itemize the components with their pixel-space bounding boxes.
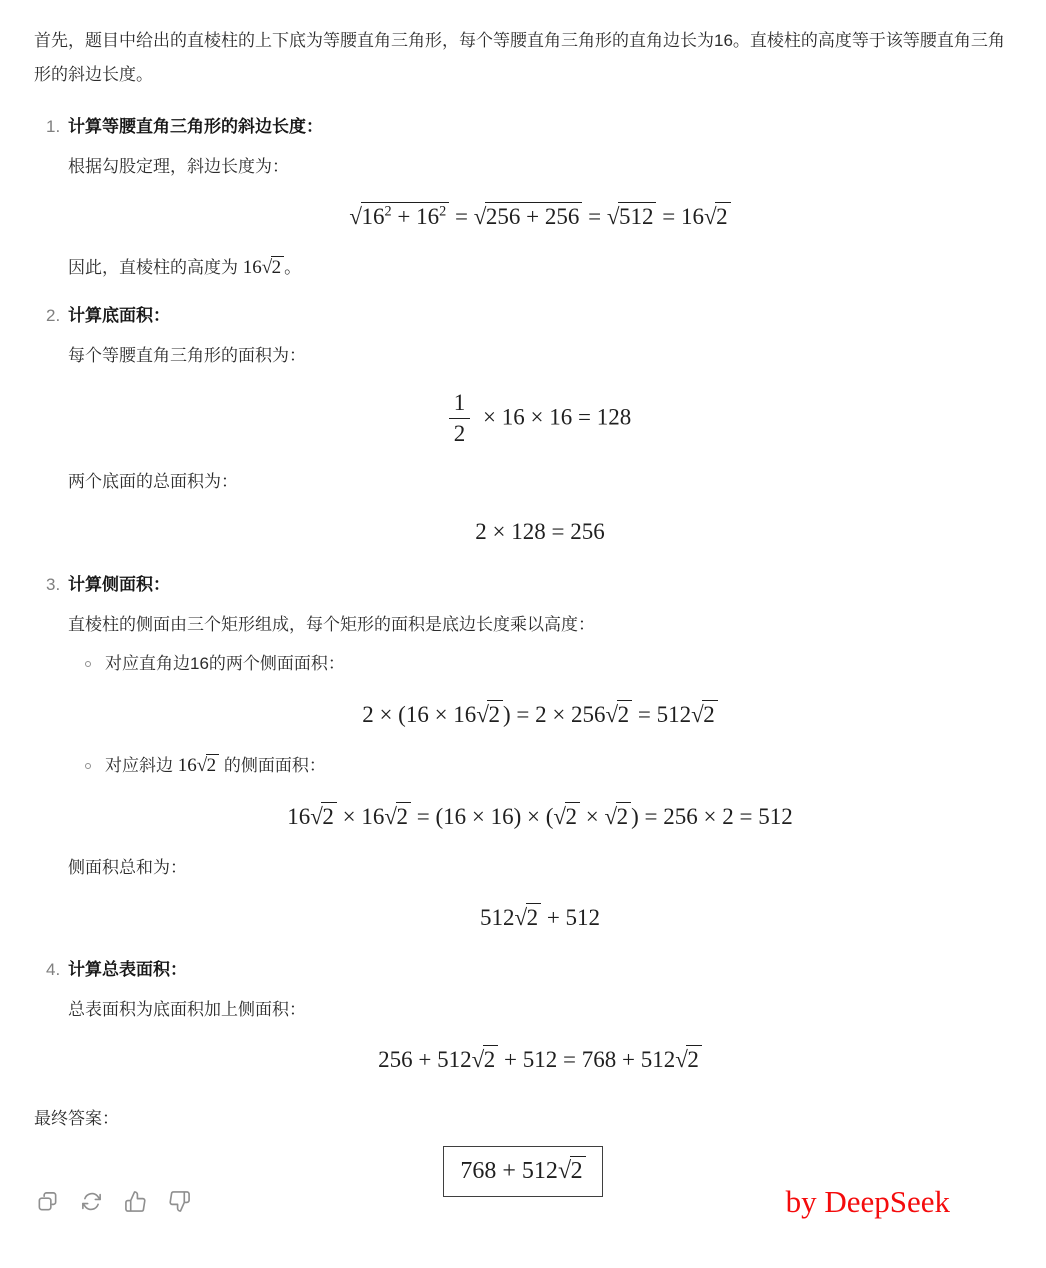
- deepseek-credit: by DeepSeek: [786, 1186, 950, 1217]
- step-4-title: 计算总表面积：: [68, 957, 187, 983]
- formula-leg-sides: 2 × (16 × 16√2) = 2 × 256√2 = 512√2: [68, 698, 1012, 733]
- thumbs-down-icon: [168, 1190, 191, 1213]
- side-area-bullets: 对应直角边16的两个侧面面积： 2 × (16 × 16√2) = 2 × 25…: [68, 650, 1012, 835]
- step-3-title: 计算侧面积：: [68, 572, 170, 598]
- step-1-conclusion: 因此，直棱柱的高度为 16√2。: [68, 255, 1012, 281]
- list-number-3: 3.: [46, 572, 68, 598]
- step-2: 2. 计算底面积： 每个等腰直角三角形的面积为： 12 × 16 × 16 = …: [34, 303, 1012, 550]
- bullet-circle-icon: [85, 661, 91, 667]
- response-footer: by DeepSeek: [36, 1186, 950, 1217]
- thumbs-up-button[interactable]: [124, 1190, 148, 1214]
- copy-icon: [36, 1190, 59, 1213]
- formula-two-bases: 2 × 128 = 256: [68, 515, 1012, 550]
- chat-response-page: 首先，题目中给出的直棱柱的上下底为等腰直角三角形，每个等腰直角三角形的直角边长为…: [0, 0, 1046, 1268]
- step-4: 4. 计算总表面积： 总表面积为底面积加上侧面积： 256 + 512√2 + …: [34, 957, 1012, 1078]
- step-3-lead-2: 侧面积总和为：: [68, 855, 1012, 881]
- intro-paragraph: 首先，题目中给出的直棱柱的上下底为等腰直角三角形，每个等腰直角三角形的直角边长为…: [34, 24, 1012, 92]
- step-2-lead-2: 两个底面的总面积为：: [68, 469, 1012, 495]
- formula-triangle-area: 12 × 16 × 16 = 128: [68, 389, 1012, 450]
- step-1-lead: 根据勾股定理，斜边长度为：: [68, 154, 1012, 180]
- regenerate-button[interactable]: [80, 1190, 104, 1214]
- thumbs-up-icon: [124, 1190, 147, 1213]
- list-number-1: 1.: [46, 114, 68, 140]
- regenerate-icon: [80, 1190, 103, 1213]
- bullet-1-label: 对应直角边16的两个侧面面积：: [105, 650, 345, 678]
- list-number-4: 4.: [46, 957, 68, 983]
- copy-button[interactable]: [36, 1190, 60, 1214]
- bullet-circle-icon: [85, 763, 91, 769]
- bullet-item-1: 对应直角边16的两个侧面面积：: [68, 650, 1012, 678]
- bullet-2-label: 对应斜边 16√2 的侧面面积：: [105, 752, 326, 780]
- bullet-item-2: 对应斜边 16√2 的侧面面积：: [68, 752, 1012, 780]
- formula-hypotenuse-side: 16√2 × 16√2 = (16 × 16) × (√2 × √2) = 25…: [68, 800, 1012, 835]
- message-action-bar: [36, 1190, 192, 1214]
- formula-total-surface: 256 + 512√2 + 512 = 768 + 512√2: [68, 1043, 1012, 1078]
- final-answer-label: 最终答案：: [34, 1106, 1012, 1132]
- formula-lateral-total: 512√2 + 512: [68, 901, 1012, 936]
- step-2-title: 计算底面积：: [68, 303, 170, 329]
- step-1-title: 计算等腰直角三角形的斜边长度：: [68, 114, 323, 140]
- list-number-2: 2.: [46, 303, 68, 329]
- thumbs-down-button[interactable]: [168, 1190, 192, 1214]
- step-3: 3. 计算侧面积： 直棱柱的侧面由三个矩形组成，每个矩形的面积是底边长度乘以高度…: [34, 572, 1012, 936]
- formula-hypotenuse: √162 + 162 = √256 + 256 = √512 = 16√2: [68, 200, 1012, 235]
- step-1: 1. 计算等腰直角三角形的斜边长度： 根据勾股定理，斜边长度为： √162 + …: [34, 114, 1012, 281]
- step-2-lead: 每个等腰直角三角形的面积为：: [68, 343, 1012, 369]
- step-4-lead: 总表面积为底面积加上侧面积：: [68, 997, 1012, 1023]
- step-3-lead: 直棱柱的侧面由三个矩形组成，每个矩形的面积是底边长度乘以高度：: [68, 612, 1012, 638]
